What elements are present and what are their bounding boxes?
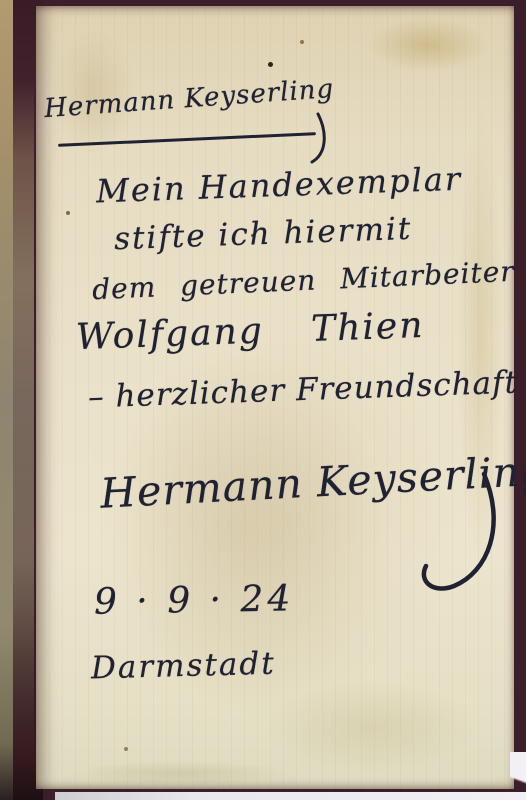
inscription-line-4: Wolfgang Thien: [75, 305, 425, 358]
next-page-edge: [55, 792, 526, 800]
book-photo: Hermann Keyserling Mein Handexemplar sti…: [0, 0, 526, 800]
foxing-speck: [66, 211, 70, 215]
next-page-corner: [510, 752, 526, 800]
owner-signature: Hermann Keyserling: [43, 74, 335, 124]
foxing-speck: [300, 40, 304, 44]
inscription-line-1: Mein Handexemplar: [95, 160, 462, 211]
inscription-line-3: dem getreuen Mitarbeiter: [91, 255, 515, 306]
inscription-line-5: – herzlicher Freundschaft: [88, 365, 519, 416]
book-page: Hermann Keyserling Mein Handexemplar sti…: [36, 6, 514, 789]
ink-speck: [268, 62, 273, 67]
signature-underline: [58, 132, 316, 147]
foxing-speck: [124, 747, 128, 751]
inscription-place: Darmstadt: [91, 646, 277, 687]
inscription-line-2: stifte ich hiermit: [113, 211, 412, 257]
main-signature: Hermann Keyserling: [99, 446, 526, 517]
inscription-date: 9 · 9 · 24: [94, 578, 295, 622]
